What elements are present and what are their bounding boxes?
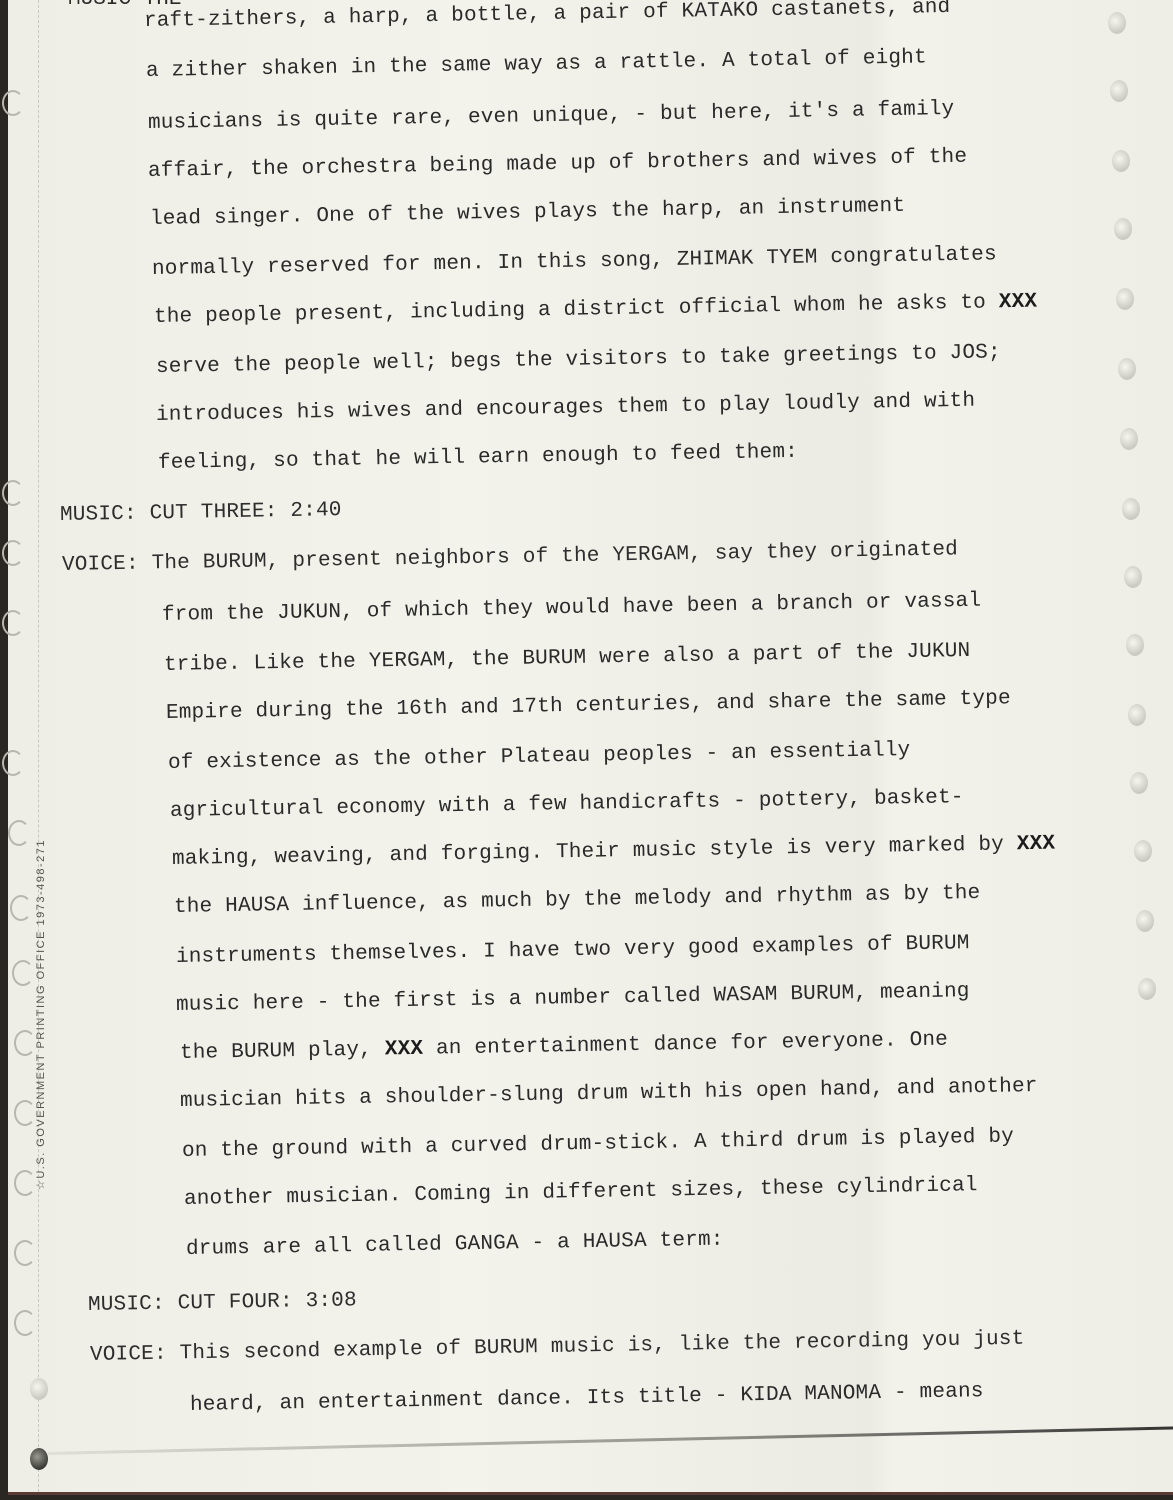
cue-label: VOICE: (62, 553, 139, 577)
punch-hole-icon (14, 1100, 36, 1126)
punch-hole-icon (1112, 150, 1130, 172)
text-line: instruments themselves. I have two very … (176, 932, 970, 969)
punch-hole-icon (1118, 358, 1136, 380)
punch-hole-icon (14, 1310, 36, 1336)
text-line: music here - the first is a number calle… (176, 980, 970, 1017)
punch-hole-icon (1136, 910, 1154, 932)
text-line: raft-zithers, a harp, a bottle, a pair o… (144, 0, 951, 33)
punch-hole-icon (8, 820, 30, 846)
text-line: on the ground with a curved drum-stick. … (182, 1125, 1014, 1163)
text-line: tribe. Like the YERGAM, the BURUM were a… (164, 640, 971, 677)
punch-hole-icon (1116, 288, 1134, 310)
text-line: affair, the orchestra being made up of b… (148, 146, 968, 183)
text-line: feeling, so that he will earn enough to … (158, 441, 798, 475)
cue-label: MUSIC: (60, 503, 137, 527)
text-line: of existence as the other Plateau people… (168, 739, 911, 775)
punch-hole-icon (2, 750, 24, 776)
cue-label: VOICE: (90, 1343, 167, 1367)
punch-hole-icon (1126, 634, 1144, 656)
text-line: musicians is quite rare, even unique, - … (148, 98, 955, 135)
punch-hole-icon (2, 480, 24, 506)
text-line: the BURUM play, XXX an entertainment dan… (180, 1029, 948, 1065)
punch-hole-icon (14, 1240, 36, 1266)
music-cue: MUSIC: CUT THREE: 2:40 (60, 499, 342, 527)
text-line: musician hits a shoulder-slung drum with… (180, 1075, 1038, 1113)
struck-out-text: XXX (999, 291, 1038, 315)
voice-cue: VOICE: The BURUM, present neighbors of t… (62, 538, 958, 577)
text-line: agricultural economy with a few handicra… (170, 786, 964, 823)
music-cue: MUSIC: CUT FOUR: 3:08 (88, 1289, 357, 1317)
struck-out-text: XXX (385, 1038, 424, 1062)
punch-hole-icon (1122, 498, 1140, 520)
punch-hole-icon (1128, 704, 1146, 726)
printing-office-imprint: ☆U.S. GOVERNMENT PRINTING OFFICE 1973-49… (34, 839, 47, 1190)
text-line: lead singer. One of the wives plays the … (150, 195, 906, 231)
punch-hole-icon (1134, 840, 1152, 862)
cue-label: MUSIC: (88, 1293, 165, 1317)
text-line: Empire during the 16th and 17th centurie… (166, 687, 1011, 725)
punch-hole-icon (1114, 218, 1132, 240)
punch-hole-icon (1120, 428, 1138, 450)
voice-cue: VOICE: This second example of BURUM musi… (90, 1328, 1025, 1367)
punch-hole-icon (2, 90, 24, 116)
punch-hole-icon (2, 610, 24, 636)
punch-hole-icon (1138, 978, 1156, 1000)
text-line: the HAUSA influence, as much by the melo… (174, 882, 981, 919)
punch-hole-icon (1130, 772, 1148, 794)
punch-hole-icon (30, 1378, 48, 1400)
punch-hole-icon (2, 540, 24, 566)
text-line: from the JUKUN, of which they would have… (162, 590, 982, 627)
punch-hole-icon (1110, 80, 1128, 102)
margin-rule (38, 0, 39, 1492)
punch-hole-icon (1124, 566, 1142, 588)
punch-hole-icon (12, 960, 34, 986)
ink-smear-line (48, 1426, 1173, 1455)
text-line: heard, an entertainment dance. Its title… (190, 1380, 984, 1417)
punch-hole-icon (30, 1448, 48, 1470)
document-page: MUSIC THE ☆U.S. GOVERNMENT PRINTING OFFI… (8, 0, 1173, 1495)
struck-out-text: XXX (1017, 833, 1056, 857)
text-line: serve the people well; begs the visitors… (156, 341, 1001, 379)
text-line: a zither shaken in the same way as a rat… (146, 46, 927, 83)
punch-hole-icon (14, 1170, 36, 1196)
text-line: the people present, including a district… (154, 291, 1038, 329)
punch-hole-icon (14, 1030, 36, 1056)
text-line: drums are all called GANGA - a HAUSA ter… (186, 1229, 724, 1261)
text-line: another musician. Coming in different si… (184, 1174, 978, 1211)
text-line: normally reserved for men. In this song,… (152, 243, 997, 281)
punch-hole-icon (10, 895, 32, 921)
text-line: introduces his wives and encourages them… (156, 390, 976, 427)
punch-hole-icon (1108, 12, 1126, 34)
text-line: making, weaving, and forging. Their musi… (172, 833, 1056, 871)
